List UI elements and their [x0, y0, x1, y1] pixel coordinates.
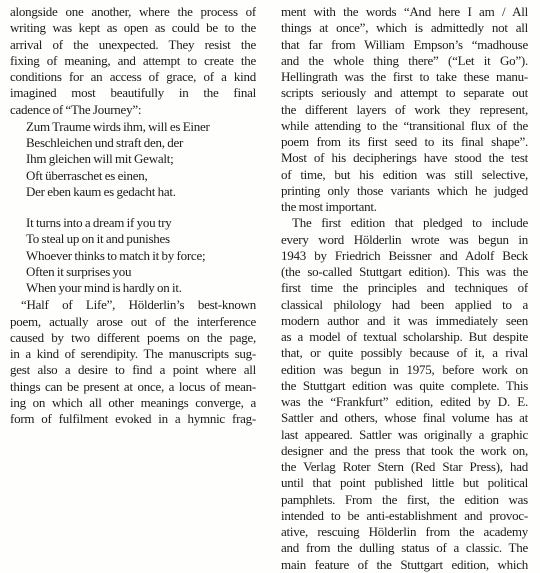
- text-line: caused by two different poems on the pag…: [10, 330, 256, 346]
- text-line: poem, actually arose out of the interfer…: [10, 314, 256, 330]
- text-line: as a model of textual scholarship. But d…: [281, 329, 528, 345]
- text-line: ing on which all other meanings converge…: [10, 395, 256, 411]
- text-line: things at once”, which is admittedly not…: [281, 20, 528, 36]
- text-line: first time the principles and techniques…: [281, 280, 528, 296]
- text-line: gest also a desire to find a point where…: [10, 362, 256, 378]
- text-line: 1943 by Friedrich Beissner and Adolf Bec…: [281, 248, 528, 264]
- text-line: last appeared. Sattler was originally a …: [281, 427, 528, 443]
- text-line: (the so-called Stuttgart edition). This …: [281, 264, 528, 280]
- verse-block: It turns into a dream if you tryTo steal…: [10, 215, 256, 296]
- text-line: scripts seriously and attempt to separat…: [281, 85, 528, 101]
- text-line: classical philology had been applied to …: [281, 297, 528, 313]
- text-line: and the whole thing there” (“Let it Go”)…: [281, 53, 528, 69]
- text-line: Whoever thinks to match it by force;: [10, 248, 256, 264]
- text-line: Hellingrath was the first to take these …: [281, 69, 528, 85]
- text-line: the Verlag Roter Stern (Red Star Press),…: [281, 459, 528, 475]
- text-line: Ihm gleichen will mit Gewalt;: [10, 151, 256, 167]
- text-line: until that point published little but po…: [281, 475, 528, 491]
- text-line: and from the dulling status of a classic…: [281, 540, 528, 556]
- text-line: Often it surprises you: [10, 264, 256, 280]
- text-line: the different layers of work they repres…: [281, 102, 528, 118]
- prose-block: The first edition that pledged to includ…: [281, 215, 528, 573]
- text-line: that, or quite possibly because of it, a…: [281, 345, 528, 361]
- text-line: Oft überraschet es einen,: [10, 168, 256, 184]
- text-line: Zum Traume wirds ihm, will es Einer: [10, 119, 256, 135]
- scanned-page: alongside one another, where the process…: [0, 0, 540, 573]
- right-column: ment with the words “And here I am / All…: [281, 4, 528, 573]
- text-line: Sattler and others, whose final volume h…: [281, 410, 528, 426]
- text-line: ment with the words “And here I am / All: [281, 4, 528, 20]
- text-line: in a kind of serendipity. The manuscript…: [10, 346, 256, 362]
- text-line: Beschleichen und straft den, der: [10, 135, 256, 151]
- text-line: every word Hölderlin wrote was begun in: [281, 232, 528, 248]
- prose-block: “Half of Life”, Hölderlin’s best-knownpo…: [10, 297, 256, 427]
- text-line: To steal up on it and punishes: [10, 231, 256, 247]
- verse-block: Zum Traume wirds ihm, will es EinerBesch…: [10, 119, 256, 200]
- text-line: while attending to the “transitional flu…: [281, 118, 528, 134]
- text-line: modern author and it was immediately see…: [281, 313, 528, 329]
- text-line: the most important.: [281, 199, 528, 215]
- text-line: of time, but his edition was still selec…: [281, 167, 528, 183]
- text-line: fixing of meaning, and attempt to create…: [10, 53, 256, 69]
- text-line: cadence of “The Journey”:: [10, 102, 256, 118]
- text-line: Most of his decipherings have stood the …: [281, 150, 528, 166]
- prose-block: alongside one another, where the process…: [10, 4, 256, 118]
- text-line: main feature of the Stuttgart edition, w…: [281, 557, 528, 573]
- prose-block: ment with the words “And here I am / All…: [281, 4, 528, 215]
- text-line: things can be present at once, a locus o…: [10, 379, 256, 395]
- text-line: imagined most beautifully in the final: [10, 85, 256, 101]
- text-line: arrival of the unexpected. They resist t…: [10, 37, 256, 53]
- text-line: alongside one another, where the process…: [10, 4, 256, 20]
- text-line: ative, rescuing Hölderlin from the acade…: [281, 524, 528, 540]
- text-line: form of fulfilment evoked in a hymnic fr…: [10, 411, 256, 427]
- text-line: The first edition that pledged to includ…: [281, 215, 528, 231]
- text-line: intended to be anti-establishment and pr…: [281, 508, 528, 524]
- text-line: was the “Frankfurt” edition, edited by D…: [281, 394, 528, 410]
- text-line: “Half of Life”, Hölderlin’s best-known: [10, 297, 256, 313]
- text-line: When your mind is hardly on it.: [10, 280, 256, 296]
- text-line: It turns into a dream if you try: [10, 215, 256, 231]
- text-line: writing was kept as open as could be to …: [10, 20, 256, 36]
- text-line: printing only those variants which he ju…: [281, 183, 528, 199]
- text-line: poem from its first seed to its final sh…: [281, 134, 528, 150]
- text-line: conditions for an access of grace, of a …: [10, 69, 256, 85]
- text-line: designer and the press that took the wor…: [281, 443, 528, 459]
- text-line: the Stuttgart edition was quite complete…: [281, 378, 528, 394]
- text-line: that far from William Empson’s “madhouse: [281, 37, 528, 53]
- text-line: edition was begun in 1975, before work o…: [281, 362, 528, 378]
- text-line: pamphlets. From the first, the edition w…: [281, 492, 528, 508]
- left-column: alongside one another, where the process…: [10, 4, 256, 573]
- text-line: Der eben kaum es gedacht hat.: [10, 184, 256, 200]
